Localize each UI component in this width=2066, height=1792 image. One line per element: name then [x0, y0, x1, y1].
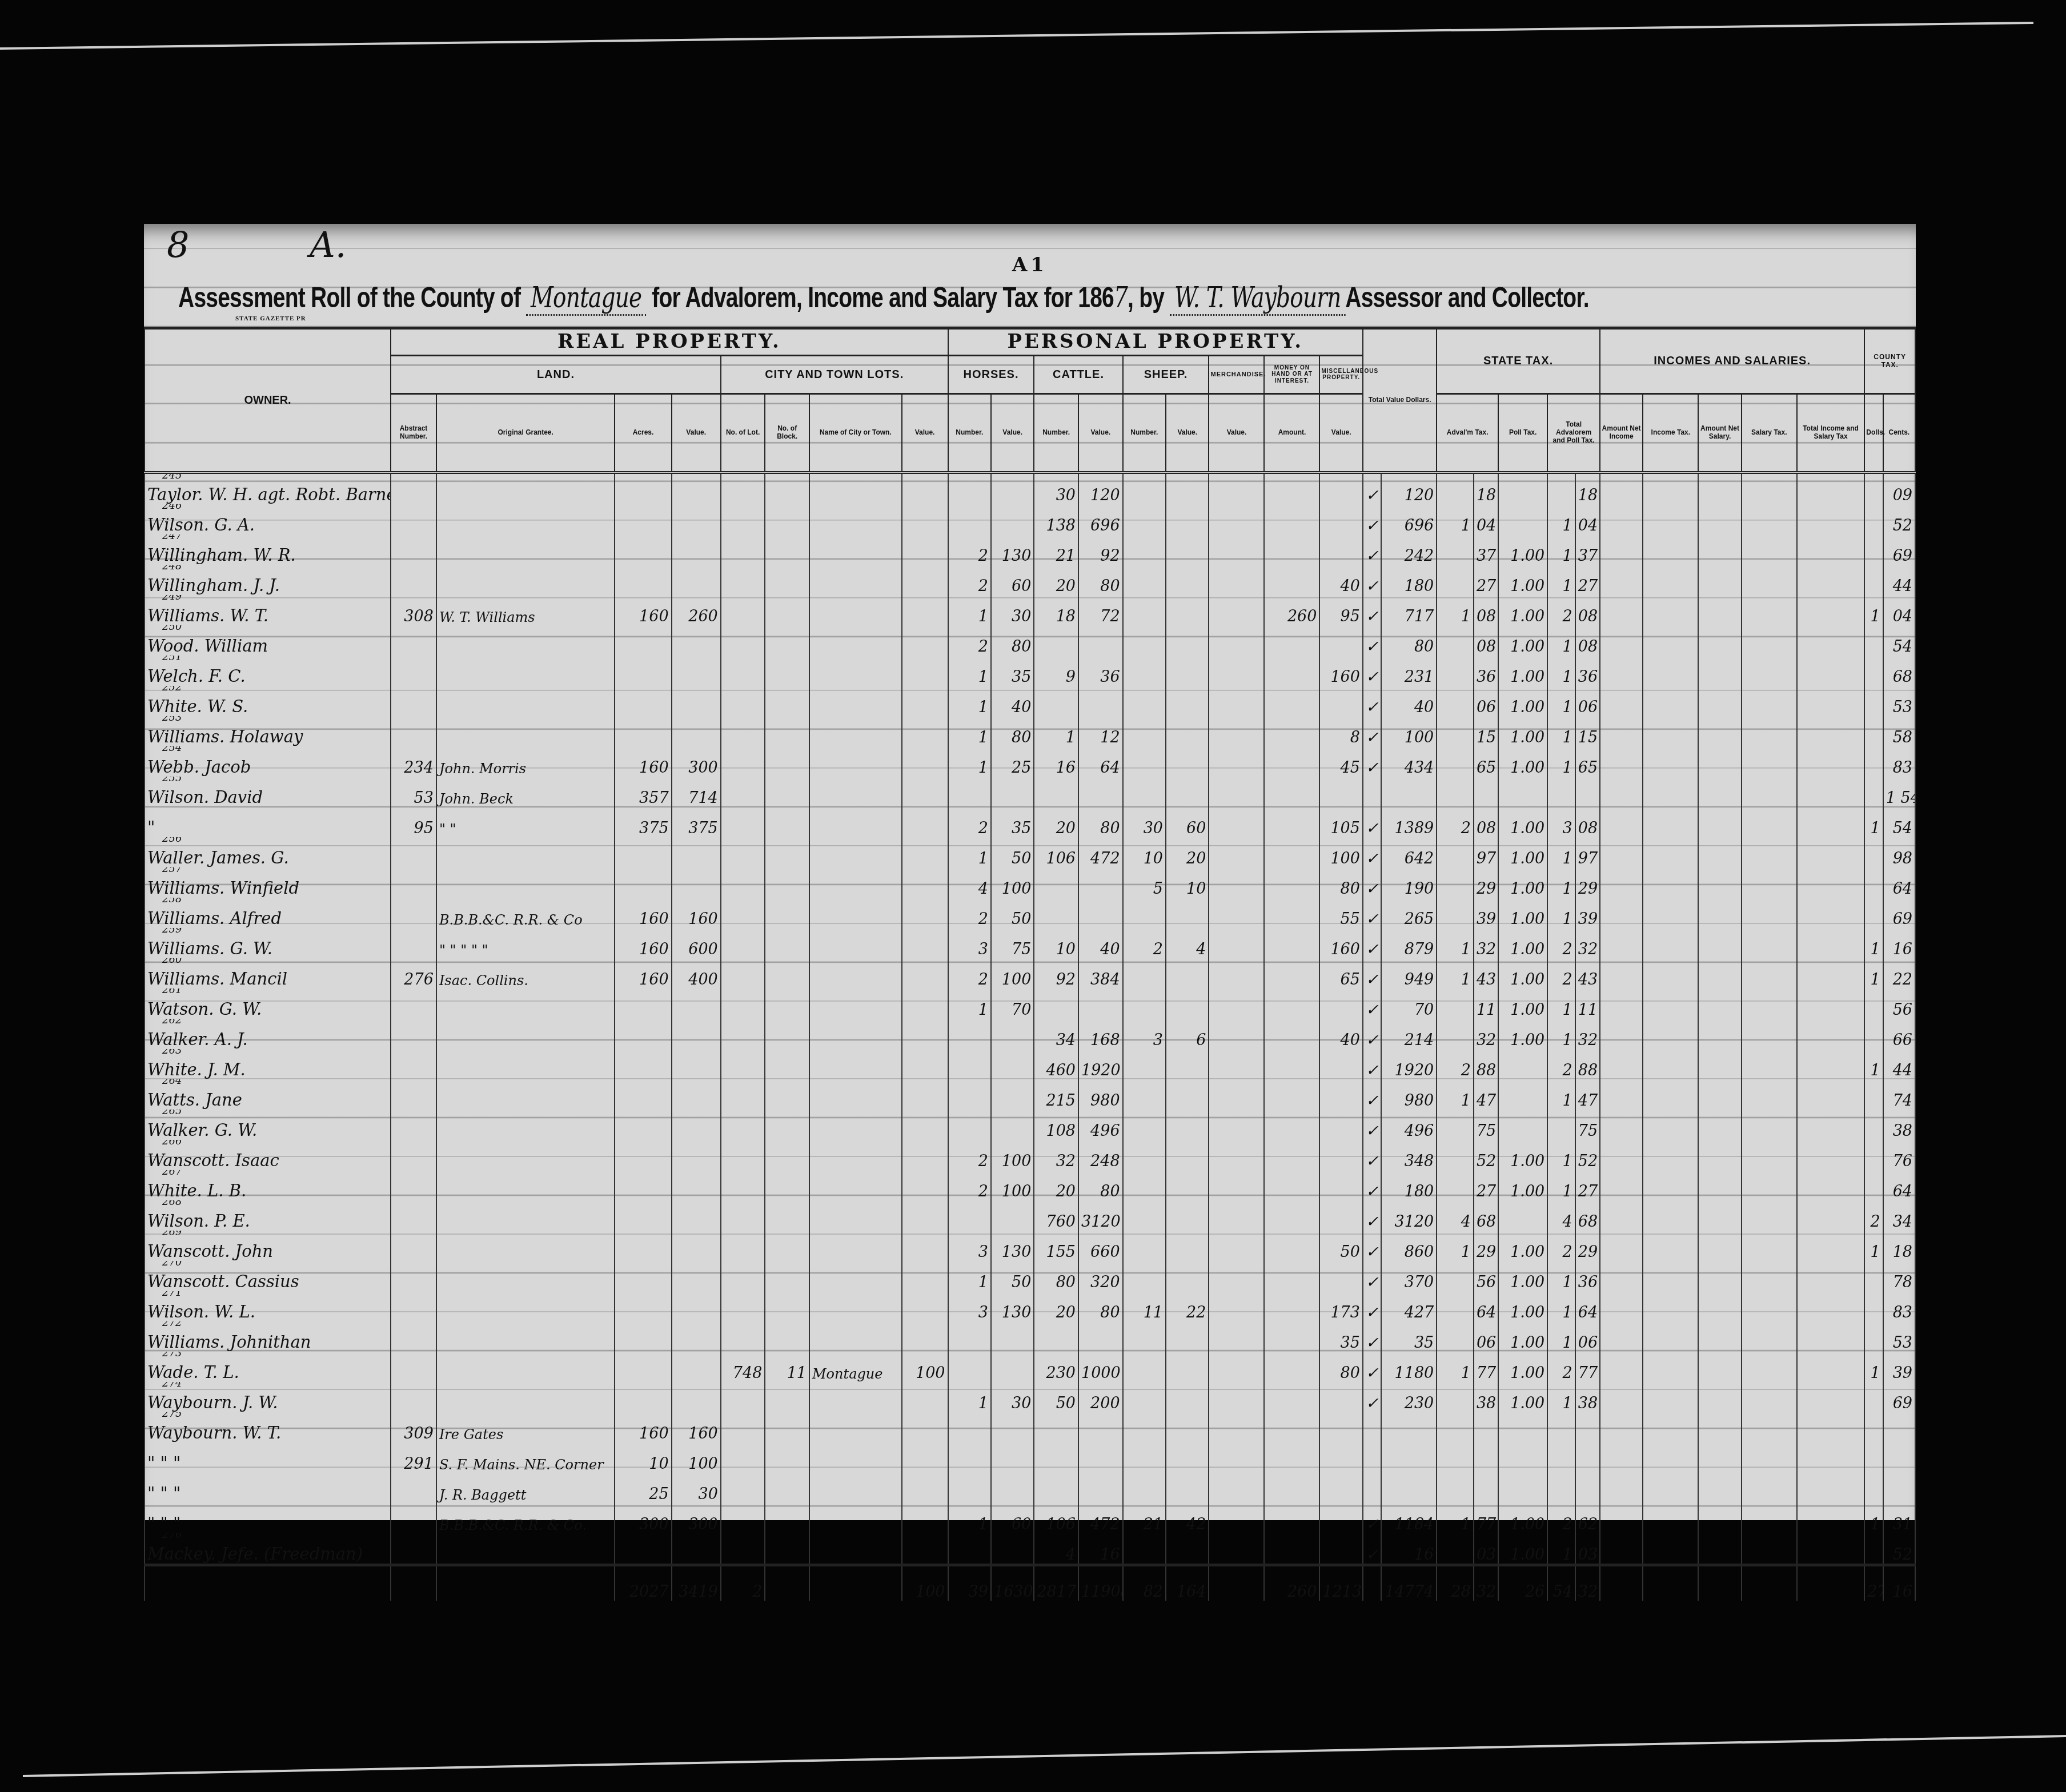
block-cell [765, 1049, 809, 1079]
horses-number-cell: 2 [948, 807, 991, 837]
total-value-cell: 496 [1381, 1110, 1437, 1140]
lot-cell [721, 1200, 765, 1231]
owner-cell: 246Wilson. G. A. [145, 504, 391, 535]
owner-name: Willingham. J. J. [147, 576, 280, 595]
lot-cell [721, 1291, 765, 1321]
owner-name: White. L. B. [147, 1181, 246, 1200]
total-tax-dollars-cell: 4 [1547, 1200, 1575, 1231]
salary-tax-cell [1742, 807, 1797, 837]
county-cents-cell: 39 [1883, 1352, 1915, 1382]
salary-tax-cell [1742, 1412, 1797, 1443]
cattle-value-cell: 11908 [1078, 1565, 1123, 1601]
cattle-number-cell: 106 [1034, 837, 1078, 867]
advalorem-dollars-cell [1437, 656, 1474, 686]
lot-value-cell [902, 1170, 948, 1200]
horses-value-cell: 40 [991, 686, 1034, 716]
total-tax-cents-cell: 03 [1575, 1533, 1600, 1565]
misc-cell [1319, 473, 1362, 505]
abstract-cell: 308 [391, 595, 436, 625]
income-tax-cell [1643, 565, 1698, 595]
net-income-cell [1600, 807, 1643, 837]
horses-number-cell: 1 [948, 837, 991, 867]
lot-value-cell [902, 867, 948, 898]
block-cell [765, 1382, 809, 1412]
grantee-cell [436, 504, 615, 535]
owner-cell: " " " [145, 1503, 391, 1533]
advalorem-dollars-cell [1437, 1473, 1474, 1503]
advalorem-dollars-cell [1437, 837, 1474, 867]
grantee-cell: John. Morris [436, 746, 615, 777]
owner-name: Williams. Winfield [147, 878, 299, 898]
cattle-number-cell: 460 [1034, 1049, 1078, 1079]
title-middle: for Advalorem, Income and Salary Tax for… [652, 282, 1114, 314]
salary-tax-cell [1742, 565, 1797, 595]
sheep-number-cell [1123, 716, 1166, 746]
poll-tax-cell [1498, 1473, 1547, 1503]
total-tax-cents-cell: 32 [1575, 1019, 1600, 1049]
county-cents-cell: 69 [1883, 535, 1915, 565]
total-tax-dollars-cell: 1 [1547, 746, 1575, 777]
acres-cell [615, 1140, 671, 1170]
total-income-salary-cell [1797, 1473, 1865, 1503]
poll-tax-cell [1498, 1049, 1547, 1079]
misc-cell [1319, 1049, 1362, 1079]
county-dollars-cell [1864, 1261, 1883, 1291]
sheep-number-cell [1123, 1443, 1166, 1473]
cattle-number-cell [1034, 686, 1078, 716]
merchandise-cell [1209, 1049, 1264, 1079]
grantee-cell: S. F. Mains. NE. Corner [436, 1443, 615, 1473]
cattle-number-cell: 106 [1034, 1503, 1078, 1533]
misc-cell: 80 [1319, 1352, 1362, 1382]
total-income-salary-cell [1797, 1382, 1865, 1412]
money-cell [1264, 958, 1319, 989]
lot-value-cell [902, 1200, 948, 1231]
horses-number-cell [948, 504, 991, 535]
advalorem-dollars-cell [1437, 1140, 1474, 1170]
sheep-value-cell [1166, 1079, 1209, 1110]
salary-tax-cell [1742, 625, 1797, 656]
table-row: 256Waller. James. G.1501064721020100✓642… [145, 837, 1915, 867]
cattle-value-cell: 3120 [1078, 1200, 1123, 1231]
check-cell: ✓ [1363, 928, 1381, 958]
horses-number-cell: 2 [948, 1140, 991, 1170]
income-tax-cell [1643, 1443, 1698, 1473]
entry-number: 262 [162, 1019, 182, 1026]
merchandise-cell [1209, 535, 1264, 565]
county-dollars-cell [1864, 837, 1883, 867]
total-income-salary-cell [1797, 1231, 1865, 1261]
advalorem-cents-cell: 52 [1474, 1140, 1498, 1170]
check-cell: ✓ [1363, 958, 1381, 989]
lot-value-cell [902, 928, 948, 958]
net-income-cell [1600, 1412, 1643, 1443]
check-cell: ✓ [1363, 1533, 1381, 1565]
horses-value-header: Value. [991, 394, 1034, 473]
assessor-name: W. T. Waybourn [1170, 281, 1345, 316]
town-cell [809, 1565, 902, 1601]
sheep-number-cell [1123, 504, 1166, 535]
cattle-number-cell: 760 [1034, 1200, 1078, 1231]
county-cents-cell: 98 [1883, 837, 1915, 867]
horses-number-cell: 1 [948, 716, 991, 746]
check-cell [1363, 1443, 1381, 1473]
net-salary-cell [1698, 807, 1741, 837]
grantee-cell [436, 867, 615, 898]
owner-name: Williams. G. W. [147, 939, 272, 958]
sheep-value-cell [1166, 1200, 1209, 1231]
owner-name: " " " [147, 1484, 180, 1503]
sheep-number-cell [1123, 1079, 1166, 1110]
merchandise-cell [1209, 1019, 1264, 1049]
total-tax-dollars-cell: 1 [1547, 1079, 1575, 1110]
check-cell: ✓ [1363, 535, 1381, 565]
town-cell: Montague [809, 1352, 902, 1382]
table-row: 264Watts. Jane215980✓98014714774 [145, 1079, 1915, 1110]
sheep-number-cell [1123, 1382, 1166, 1412]
cattle-value-cell: 72 [1078, 595, 1123, 625]
acres-cell: 2027 [615, 1565, 671, 1601]
misc-cell: 105 [1319, 807, 1362, 837]
abstract-cell [391, 928, 436, 958]
total-income-salary-cell [1797, 1321, 1865, 1352]
cattle-value-cell: 80 [1078, 807, 1123, 837]
table-row: 258Williams. AlfredB.B.B.&C. R.R. & Co16… [145, 898, 1915, 928]
block-cell [765, 1412, 809, 1443]
cattle-value-cell: 1920 [1078, 1049, 1123, 1079]
horses-value-cell: 30 [991, 1382, 1034, 1412]
horses-number-cell: 1 [948, 746, 991, 777]
abstract-cell [391, 656, 436, 686]
horses-number-cell: 3 [948, 1231, 991, 1261]
owner-cell: 247Willingham. W. R. [145, 535, 391, 565]
total-income-salary-cell [1797, 1140, 1865, 1170]
horses-value-cell: 100 [991, 958, 1034, 989]
lot-cell [721, 1412, 765, 1443]
acres-cell [615, 473, 671, 505]
horses-number-cell: 2 [948, 565, 991, 595]
grantee-cell [436, 535, 615, 565]
entry-number: 272 [162, 1321, 182, 1329]
poll-tax-cell: 1.00 [1498, 1019, 1547, 1049]
county-cents-cell: 04 [1883, 595, 1915, 625]
advalorem-cents-cell: 36 [1474, 656, 1498, 686]
salary-tax-cell [1742, 989, 1797, 1019]
total-income-salary-cell [1797, 1110, 1865, 1140]
total-value-cell: 434 [1381, 746, 1437, 777]
owner-name: Watson. G. W. [147, 999, 262, 1019]
horses-value-cell [991, 777, 1034, 807]
check-cell: ✓ [1363, 867, 1381, 898]
merchandise-cell [1209, 656, 1264, 686]
entry-number: 263 [162, 1049, 182, 1056]
block-cell [765, 837, 809, 867]
total-tax-dollars-cell: 1 [1547, 1291, 1575, 1321]
misc-cell: 65 [1319, 958, 1362, 989]
misc-cell [1319, 535, 1362, 565]
lot-value-cell [902, 1321, 948, 1352]
lot-cell [721, 1140, 765, 1170]
horses-number-cell [948, 1321, 991, 1352]
sheep-value-cell [1166, 504, 1209, 535]
entry-number: 264 [162, 1079, 182, 1087]
total-income-salary-cell [1797, 989, 1865, 1019]
grantee-cell [436, 1079, 615, 1110]
entry-number: 249 [162, 595, 182, 602]
horses-number-cell: 3 [948, 1291, 991, 1321]
net-income-cell [1600, 1352, 1643, 1382]
lot-cell [721, 1231, 765, 1261]
advalorem-dollars-cell: 1 [1437, 1352, 1474, 1382]
total-income-salary-cell [1797, 686, 1865, 716]
lot-value-cell [902, 1019, 948, 1049]
advalorem-dollars-cell: 2 [1437, 1049, 1474, 1079]
salary-tax-cell [1742, 1382, 1797, 1412]
lot-cell [721, 1110, 765, 1140]
merchandise-cell [1209, 1140, 1264, 1170]
land-value-cell: 260 [672, 595, 721, 625]
town-cell [809, 595, 902, 625]
sheep-number-cell: 21 [1123, 1503, 1166, 1533]
net-income-cell [1600, 504, 1643, 535]
sheep-value-cell [1166, 565, 1209, 595]
lot-cell [721, 777, 765, 807]
county-dollars-cell: 1 [1864, 958, 1883, 989]
total-tax-cents-cell: 29 [1575, 867, 1600, 898]
net-salary-cell [1698, 1473, 1741, 1503]
total-value-cell: 642 [1381, 837, 1437, 867]
town-cell [809, 1110, 902, 1140]
abstract-cell [391, 1261, 436, 1291]
horses-value-cell [991, 1352, 1034, 1382]
sheep-number-cell [1123, 595, 1166, 625]
horses-value-cell: 100 [991, 867, 1034, 898]
block-cell [765, 1231, 809, 1261]
advalorem-dollars-cell: 1 [1437, 1503, 1474, 1533]
merchandise-cell [1209, 1565, 1264, 1601]
advalorem-dollars-cell [1437, 473, 1474, 505]
county-dollars-cell: 1 [1864, 595, 1883, 625]
land-value-cell [672, 1321, 721, 1352]
misc-cell [1319, 1473, 1362, 1503]
sheep-value-cell [1166, 535, 1209, 565]
cattle-number-cell [1034, 1412, 1078, 1443]
total-tax-dollars-cell: 2 [1547, 928, 1575, 958]
horses-number-cell: 1 [948, 595, 991, 625]
entry-number: 261 [162, 989, 182, 996]
land-value-cell: 30 [672, 1473, 721, 1503]
poll-tax-cell: 1.00 [1498, 1140, 1547, 1170]
grantee-cell [436, 473, 615, 505]
salary-tax-cell [1742, 1231, 1797, 1261]
net-salary-cell [1698, 595, 1741, 625]
total-tax-cents-cell [1575, 1473, 1600, 1503]
lot-cell [721, 1533, 765, 1565]
lot-number-header: No. of Lot. [721, 394, 765, 473]
total-value-cell: 242 [1381, 535, 1437, 565]
abstract-cell [391, 1140, 436, 1170]
merchandise-cell [1209, 1533, 1264, 1565]
block-cell [765, 656, 809, 686]
sheep-value-cell [1166, 1049, 1209, 1079]
misc-cell [1319, 1200, 1362, 1231]
sheep-number-cell [1123, 777, 1166, 807]
entry-number: 275 [162, 1412, 182, 1420]
lot-cell [721, 1079, 765, 1110]
lot-value-cell [902, 777, 948, 807]
sheep-value-cell [1166, 473, 1209, 505]
total-tax-dollars-cell: 1 [1547, 1170, 1575, 1200]
net-income-cell [1600, 1565, 1643, 1601]
block-cell [765, 1565, 809, 1601]
sheep-number-cell [1123, 1533, 1166, 1565]
salary-tax-cell [1742, 716, 1797, 746]
net-salary-cell [1698, 716, 1741, 746]
owner-name: Wilson. P. E. [147, 1211, 250, 1231]
lot-value-cell [902, 473, 948, 505]
land-value-cell: 160 [672, 898, 721, 928]
net-salary-cell [1698, 686, 1741, 716]
sheep-value-cell [1166, 1382, 1209, 1412]
advalorem-dollars-cell: 1 [1437, 958, 1474, 989]
total-tax-cents-cell: 27 [1575, 565, 1600, 595]
table-row: 266Wanscott. Isaac210032248✓348521.00152… [145, 1140, 1915, 1170]
entry-number: 260 [162, 958, 182, 966]
block-cell [765, 1473, 809, 1503]
total-value-cell [1381, 777, 1437, 807]
table-row: " " "J. R. Baggett2530 [145, 1473, 1915, 1503]
county-cents-cell: 64 [1883, 1170, 1915, 1200]
sheep-value-cell [1166, 1110, 1209, 1140]
salary-tax-cell [1742, 1019, 1797, 1049]
misc-cell: 95 [1319, 595, 1362, 625]
lot-cell: 2 [721, 1565, 765, 1601]
total-tax-cents-cell: 15 [1575, 716, 1600, 746]
misc-cell: 160 [1319, 656, 1362, 686]
net-income-cell [1600, 1382, 1643, 1412]
income-tax-cell [1643, 535, 1698, 565]
block-cell [765, 1170, 809, 1200]
total-tax-dollars-cell [1547, 1443, 1575, 1473]
net-salary-cell [1698, 504, 1741, 535]
entry-number: 254 [162, 746, 182, 754]
misc-cell [1319, 1110, 1362, 1140]
owner-header: Owner. [145, 328, 391, 473]
net-income-cell [1600, 565, 1643, 595]
misc-cell: 100 [1319, 837, 1362, 867]
land-value-cell [672, 656, 721, 686]
horses-number-cell: 1 [948, 1503, 991, 1533]
owner-cell: 276Mackey. Jefe. (Freedman) [145, 1533, 391, 1565]
land-value-header: Value. [672, 394, 721, 473]
lot-cell [721, 1049, 765, 1079]
poll-tax-cell: 1.00 [1498, 898, 1547, 928]
net-income-cell [1600, 1261, 1643, 1291]
lot-value-cell [902, 1443, 948, 1473]
poll-tax-cell: 1.00 [1498, 1291, 1547, 1321]
acres-cell [615, 1382, 671, 1412]
net-income-cell [1600, 928, 1643, 958]
county-dollars-cell [1864, 1019, 1883, 1049]
horses-number-cell: 1 [948, 989, 991, 1019]
county-cents-cell [1883, 1443, 1915, 1473]
horses-value-cell: 60 [991, 565, 1034, 595]
total-value-cell: 265 [1381, 898, 1437, 928]
lot-cell [721, 746, 765, 777]
money-cell [1264, 535, 1319, 565]
cattle-number-cell: 16 [1034, 746, 1078, 777]
merchandise-cell [1209, 1200, 1264, 1231]
advalorem-dollars-cell [1437, 535, 1474, 565]
net-income-cell [1600, 473, 1643, 505]
money-cell [1264, 867, 1319, 898]
owner-name: Williams. Holaway [147, 727, 303, 746]
entry-number: 257 [162, 867, 182, 875]
sheep-number-header: Number. [1123, 394, 1166, 473]
total-tax-cents-cell: 08 [1575, 595, 1600, 625]
misc-cell: 40 [1319, 565, 1362, 595]
advalorem-dollars-cell [1437, 1110, 1474, 1140]
cattle-number-cell: 155 [1034, 1231, 1078, 1261]
table-row: 257Williams. Winfield410051080✓190291.00… [145, 867, 1915, 898]
land-value-cell [672, 1110, 721, 1140]
roll-body: 245Taylor. W. H. agt. Robt. Barnett30120… [145, 473, 1915, 1601]
cattle-value-cell: 16 [1078, 1533, 1123, 1565]
acres-cell: 160 [615, 928, 671, 958]
owner-name: Webb. Jacob [147, 757, 251, 777]
cattle-number-cell [1034, 989, 1078, 1019]
cattle-value-cell: 36 [1078, 656, 1123, 686]
horses-value-cell [991, 1049, 1034, 1079]
owner-cell: 274Waybourn. J. W. [145, 1382, 391, 1412]
check-cell: ✓ [1363, 1382, 1381, 1412]
lot-cell [721, 625, 765, 656]
owner-cell: 272Williams. Johnithan [145, 1321, 391, 1352]
income-tax-cell [1643, 595, 1698, 625]
horses-value-cell: 130 [991, 535, 1034, 565]
acres-cell: 160 [615, 595, 671, 625]
net-salary-cell [1698, 1261, 1741, 1291]
income-tax-cell [1643, 807, 1698, 837]
money-cell [1264, 777, 1319, 807]
net-salary-cell [1698, 1565, 1741, 1601]
merchandise-cell [1209, 595, 1264, 625]
cattle-value-cell: 248 [1078, 1140, 1123, 1170]
sheep-number-cell [1123, 686, 1166, 716]
net-salary-cell [1698, 1170, 1741, 1200]
merchandise-cell [1209, 1170, 1264, 1200]
town-cell [809, 1079, 902, 1110]
county-dollars-cell [1864, 473, 1883, 505]
total-tax-cents-cell [1575, 777, 1600, 807]
cattle-value-cell [1078, 1321, 1123, 1352]
total-tax-dollars-cell: 1 [1547, 1382, 1575, 1412]
total-tax-cents-cell: 06 [1575, 686, 1600, 716]
sheep-number-cell: 2 [1123, 928, 1166, 958]
total-tax-cents-cell: 11 [1575, 989, 1600, 1019]
table-row: 272Williams. Johnithan35✓35061.0010653 [145, 1321, 1915, 1352]
grantee-cell [436, 565, 615, 595]
table-row: 268Wilson. P. E.7603120✓3120468468234 [145, 1200, 1915, 1231]
cattle-header: Cattle. [1034, 356, 1122, 394]
lot-value-cell [902, 1503, 948, 1533]
horses-number-cell: 1 [948, 656, 991, 686]
town-cell [809, 686, 902, 716]
county-cents-cell: 52 [1883, 1533, 1915, 1565]
grantee-cell [436, 1533, 615, 1565]
owner-cell: 271Wilson. W. L. [145, 1291, 391, 1321]
total-tax-dollars-cell: 2 [1547, 958, 1575, 989]
